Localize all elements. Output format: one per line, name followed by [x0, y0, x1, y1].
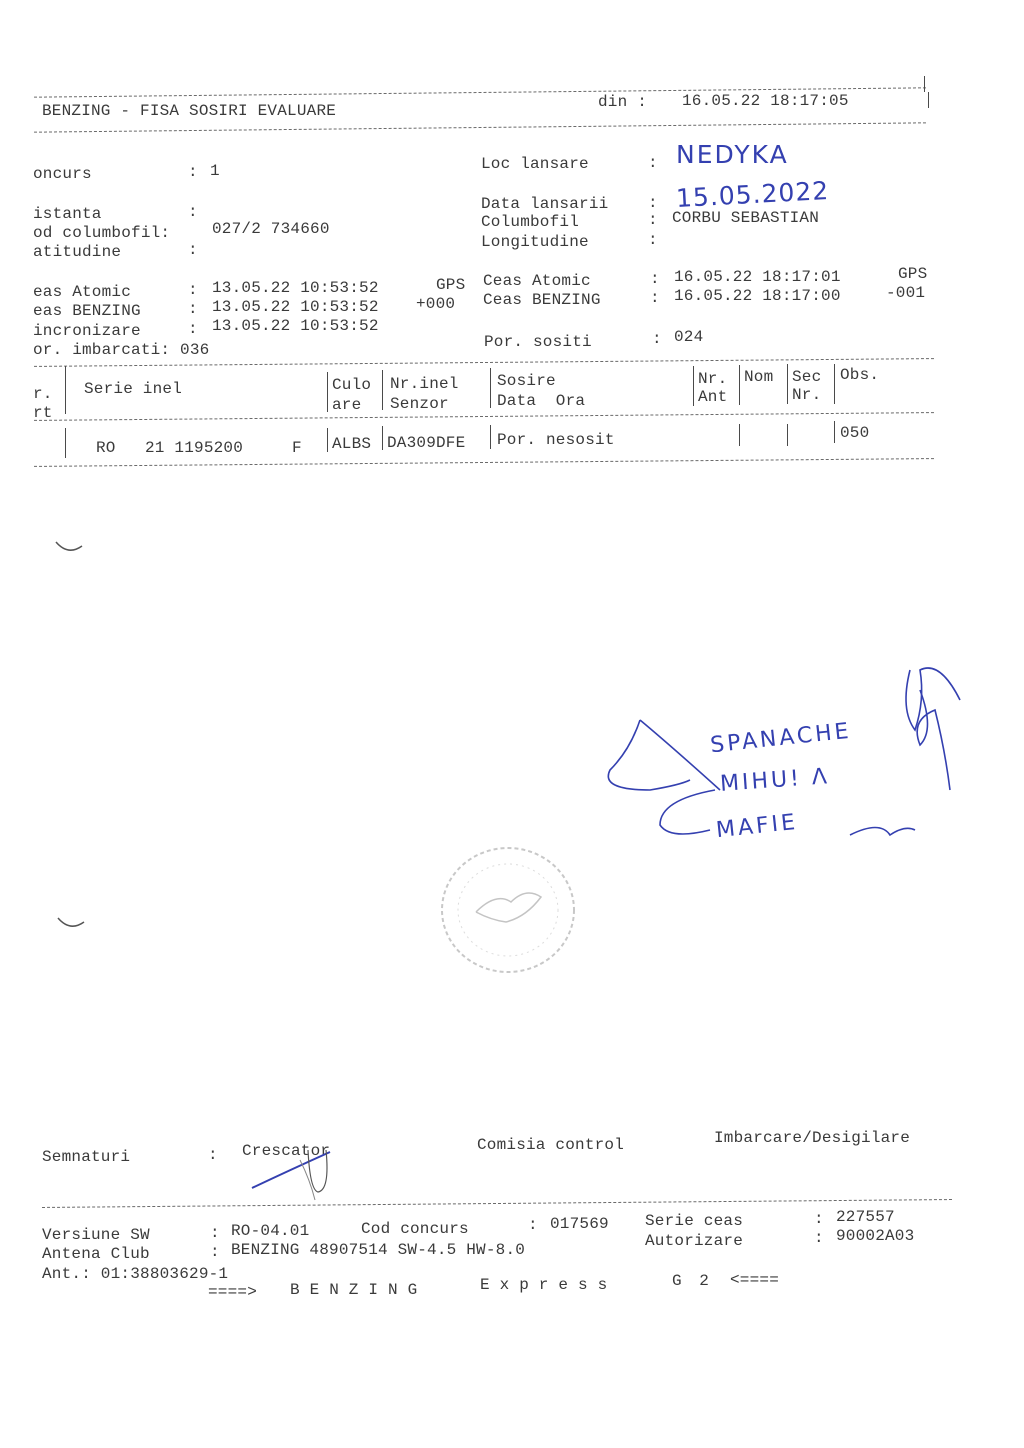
antena-club-value: BENZING 48907514 SW-4.5 HW-8.0 [231, 1241, 525, 1259]
din-value: 16.05.22 18:17:05 [682, 92, 849, 110]
versiune-sw-value: RO-04.01 [231, 1222, 309, 1240]
col-sep [787, 424, 788, 446]
header-sec-nr-2: Nr. [792, 386, 821, 404]
porumbei-sositi-value: 024 [674, 328, 703, 346]
data-lansarii-label: Data lansarii [481, 195, 608, 213]
crescator-signature-icon [240, 1130, 370, 1210]
brand-arrow-left: ====> [208, 1283, 257, 1301]
longitudine-colon: : [648, 231, 658, 249]
ceas-benzing-start-label: eas BENZING [33, 302, 141, 320]
versiune-sw-colon: : [210, 1224, 220, 1242]
cell-nr-inel-senzor: DA309DFE [387, 434, 465, 452]
antena-club-label: Antena Club [42, 1245, 150, 1263]
data-lansarii-handwritten: 15.05.2022 [675, 176, 829, 213]
porumbei-imbarcati-value: 036 [180, 341, 209, 359]
loc-lansare-colon: : [648, 154, 658, 172]
header-serie-inel: Serie inel [84, 380, 182, 398]
ceas-atomic-start-suffix: GPS [436, 276, 465, 294]
concurs-colon: : [188, 163, 198, 181]
header-right-border [928, 92, 929, 108]
cod-columbofil-label: od columbofil: [33, 224, 170, 242]
col-sep [834, 421, 835, 443]
col-sep [787, 364, 788, 404]
serie-ceas-colon: : [814, 1210, 824, 1228]
header-sosire-1: Sosire [497, 372, 556, 390]
cell-serie-inel: RO 21 1195200 F [96, 439, 302, 457]
autorizare-label: Autorizare [645, 1232, 743, 1250]
loc-lansare-label: Loc lansare [481, 155, 589, 173]
header-nr-crt-2: rt [33, 404, 53, 422]
cell-sosire: Por. nesosit [497, 431, 615, 449]
col-sep [65, 428, 66, 458]
ceas-benzing-end-value: 16.05.22 18:17:00 [674, 287, 841, 305]
col-sep [834, 364, 835, 404]
concurs-label: oncurs [33, 165, 92, 183]
ceas-benzing-start-suffix: +000 [416, 295, 455, 313]
ceas-benzing-start-value: 13.05.22 10:53:52 [212, 298, 379, 316]
altitudine-colon: : [188, 241, 198, 259]
header-sosire-2: Data Ora [497, 392, 585, 410]
header-nr-ant-1: Nr. [698, 370, 727, 388]
serie-ceas-value: 227557 [836, 1208, 895, 1226]
ceas-atomic-start-colon: : [188, 281, 198, 299]
header-obs: Obs. [840, 366, 879, 384]
punch-hole-mark-icon [56, 916, 86, 932]
header-bottom-rule [34, 122, 926, 132]
header-nr-inel-2: Senzor [390, 395, 449, 413]
autorizare-value: 90002A03 [836, 1227, 914, 1245]
col-sep [382, 426, 383, 450]
serie-ceas-label: Serie ceas [645, 1212, 743, 1230]
antena-id-line: Ant.: 01:38803629-1 [42, 1265, 228, 1283]
header-nom: Nom [744, 368, 773, 386]
col-sep [693, 366, 694, 406]
semnaturi-colon: : [208, 1146, 218, 1164]
ceas-atomic-end-suffix: GPS [898, 265, 927, 283]
concurs-value: 1 [210, 162, 220, 180]
cell-culoare: ALBS [332, 435, 371, 453]
brand-benzing: BENZING [290, 1281, 427, 1299]
data-lansarii-colon: : [648, 194, 658, 212]
ceas-benzing-start-colon: : [188, 300, 198, 318]
columbofil-colon: : [648, 211, 658, 229]
col-sep [382, 370, 383, 410]
ceas-benzing-end-label: Ceas BENZING [483, 291, 601, 309]
header-sec-nr-1: Sec [792, 368, 821, 386]
header-nr-crt-1: r. [33, 385, 53, 403]
antena-club-colon: : [210, 1243, 220, 1261]
columbofil-value: CORBU SEBASTIAN [672, 209, 819, 227]
brand-g2: G 2 [672, 1272, 713, 1290]
ceas-atomic-end-label: Ceas Atomic [483, 272, 591, 290]
signature-scribble-icon [590, 650, 990, 870]
col-sep [490, 425, 491, 449]
distanta-label: istanta [33, 205, 102, 223]
header-culoare-2: are [332, 396, 361, 414]
porumbei-imbarcati-label: or. imbarcati: 036 [33, 341, 209, 359]
autorizare-colon: : [814, 1229, 824, 1247]
semnaturi-label: Semnaturi [42, 1148, 130, 1166]
brand-express: Express [480, 1276, 617, 1294]
ceas-atomic-end-value: 16.05.22 18:17:01 [674, 268, 841, 286]
cod-concurs-colon: : [528, 1216, 538, 1234]
circular-club-stamp-icon [436, 842, 580, 978]
col-sep [327, 428, 328, 452]
loc-lansare-handwritten: NEDYKA [676, 140, 789, 169]
header-nr-ant-2: Ant [698, 388, 727, 406]
sincronizare-label: incronizare [33, 322, 141, 340]
col-sep [739, 424, 740, 446]
din-label: din : [598, 93, 647, 111]
porumbei-sositi-label: Por. sositi [484, 333, 592, 351]
cod-concurs-value: 017569 [550, 1215, 609, 1233]
ceas-benzing-end-suffix: -001 [886, 284, 925, 302]
header-right-tick [924, 76, 925, 92]
altitudine-label: atitudine [33, 243, 121, 261]
sincronizare-colon: : [188, 320, 198, 338]
columbofil-label: Columbofil [481, 213, 579, 231]
ceas-atomic-end-colon: : [650, 270, 660, 288]
col-sep [65, 366, 66, 414]
ceas-atomic-start-label: eas Atomic [33, 283, 131, 301]
col-sep [490, 368, 491, 408]
document-title: BENZING - FISA SOSIRI EVALUARE [42, 102, 336, 120]
longitudine-label: Longitudine [481, 233, 589, 251]
punch-hole-mark-icon [54, 540, 84, 556]
imbarcare-desigilare-label: Imbarcare/Desigilare [714, 1129, 910, 1147]
ceas-benzing-end-colon: : [650, 289, 660, 307]
sincronizare-value: 13.05.22 10:53:52 [212, 317, 379, 335]
col-sep [327, 372, 328, 412]
brand-arrow-right: <==== [730, 1271, 779, 1289]
ceas-atomic-start-value: 13.05.22 10:53:52 [212, 279, 379, 297]
versiune-sw-label: Versiune SW [42, 1226, 150, 1244]
comisia-control-label: Comisia control [477, 1136, 624, 1154]
porumbei-sositi-colon: : [652, 330, 662, 348]
header-culoare-1: Culo [332, 376, 371, 394]
table-bottom-rule [34, 458, 934, 467]
cell-obs: 050 [840, 424, 869, 442]
header-nr-inel-1: Nr.inel [390, 375, 459, 393]
col-sep [739, 365, 740, 405]
cod-columbofil-value: 027/2 734660 [212, 220, 330, 238]
table-top-rule [34, 358, 934, 367]
distanta-colon: : [188, 203, 198, 221]
table-header-rule [34, 412, 934, 421]
footer-rule [42, 1199, 952, 1208]
cod-concurs-label: Cod concurs [361, 1220, 469, 1238]
